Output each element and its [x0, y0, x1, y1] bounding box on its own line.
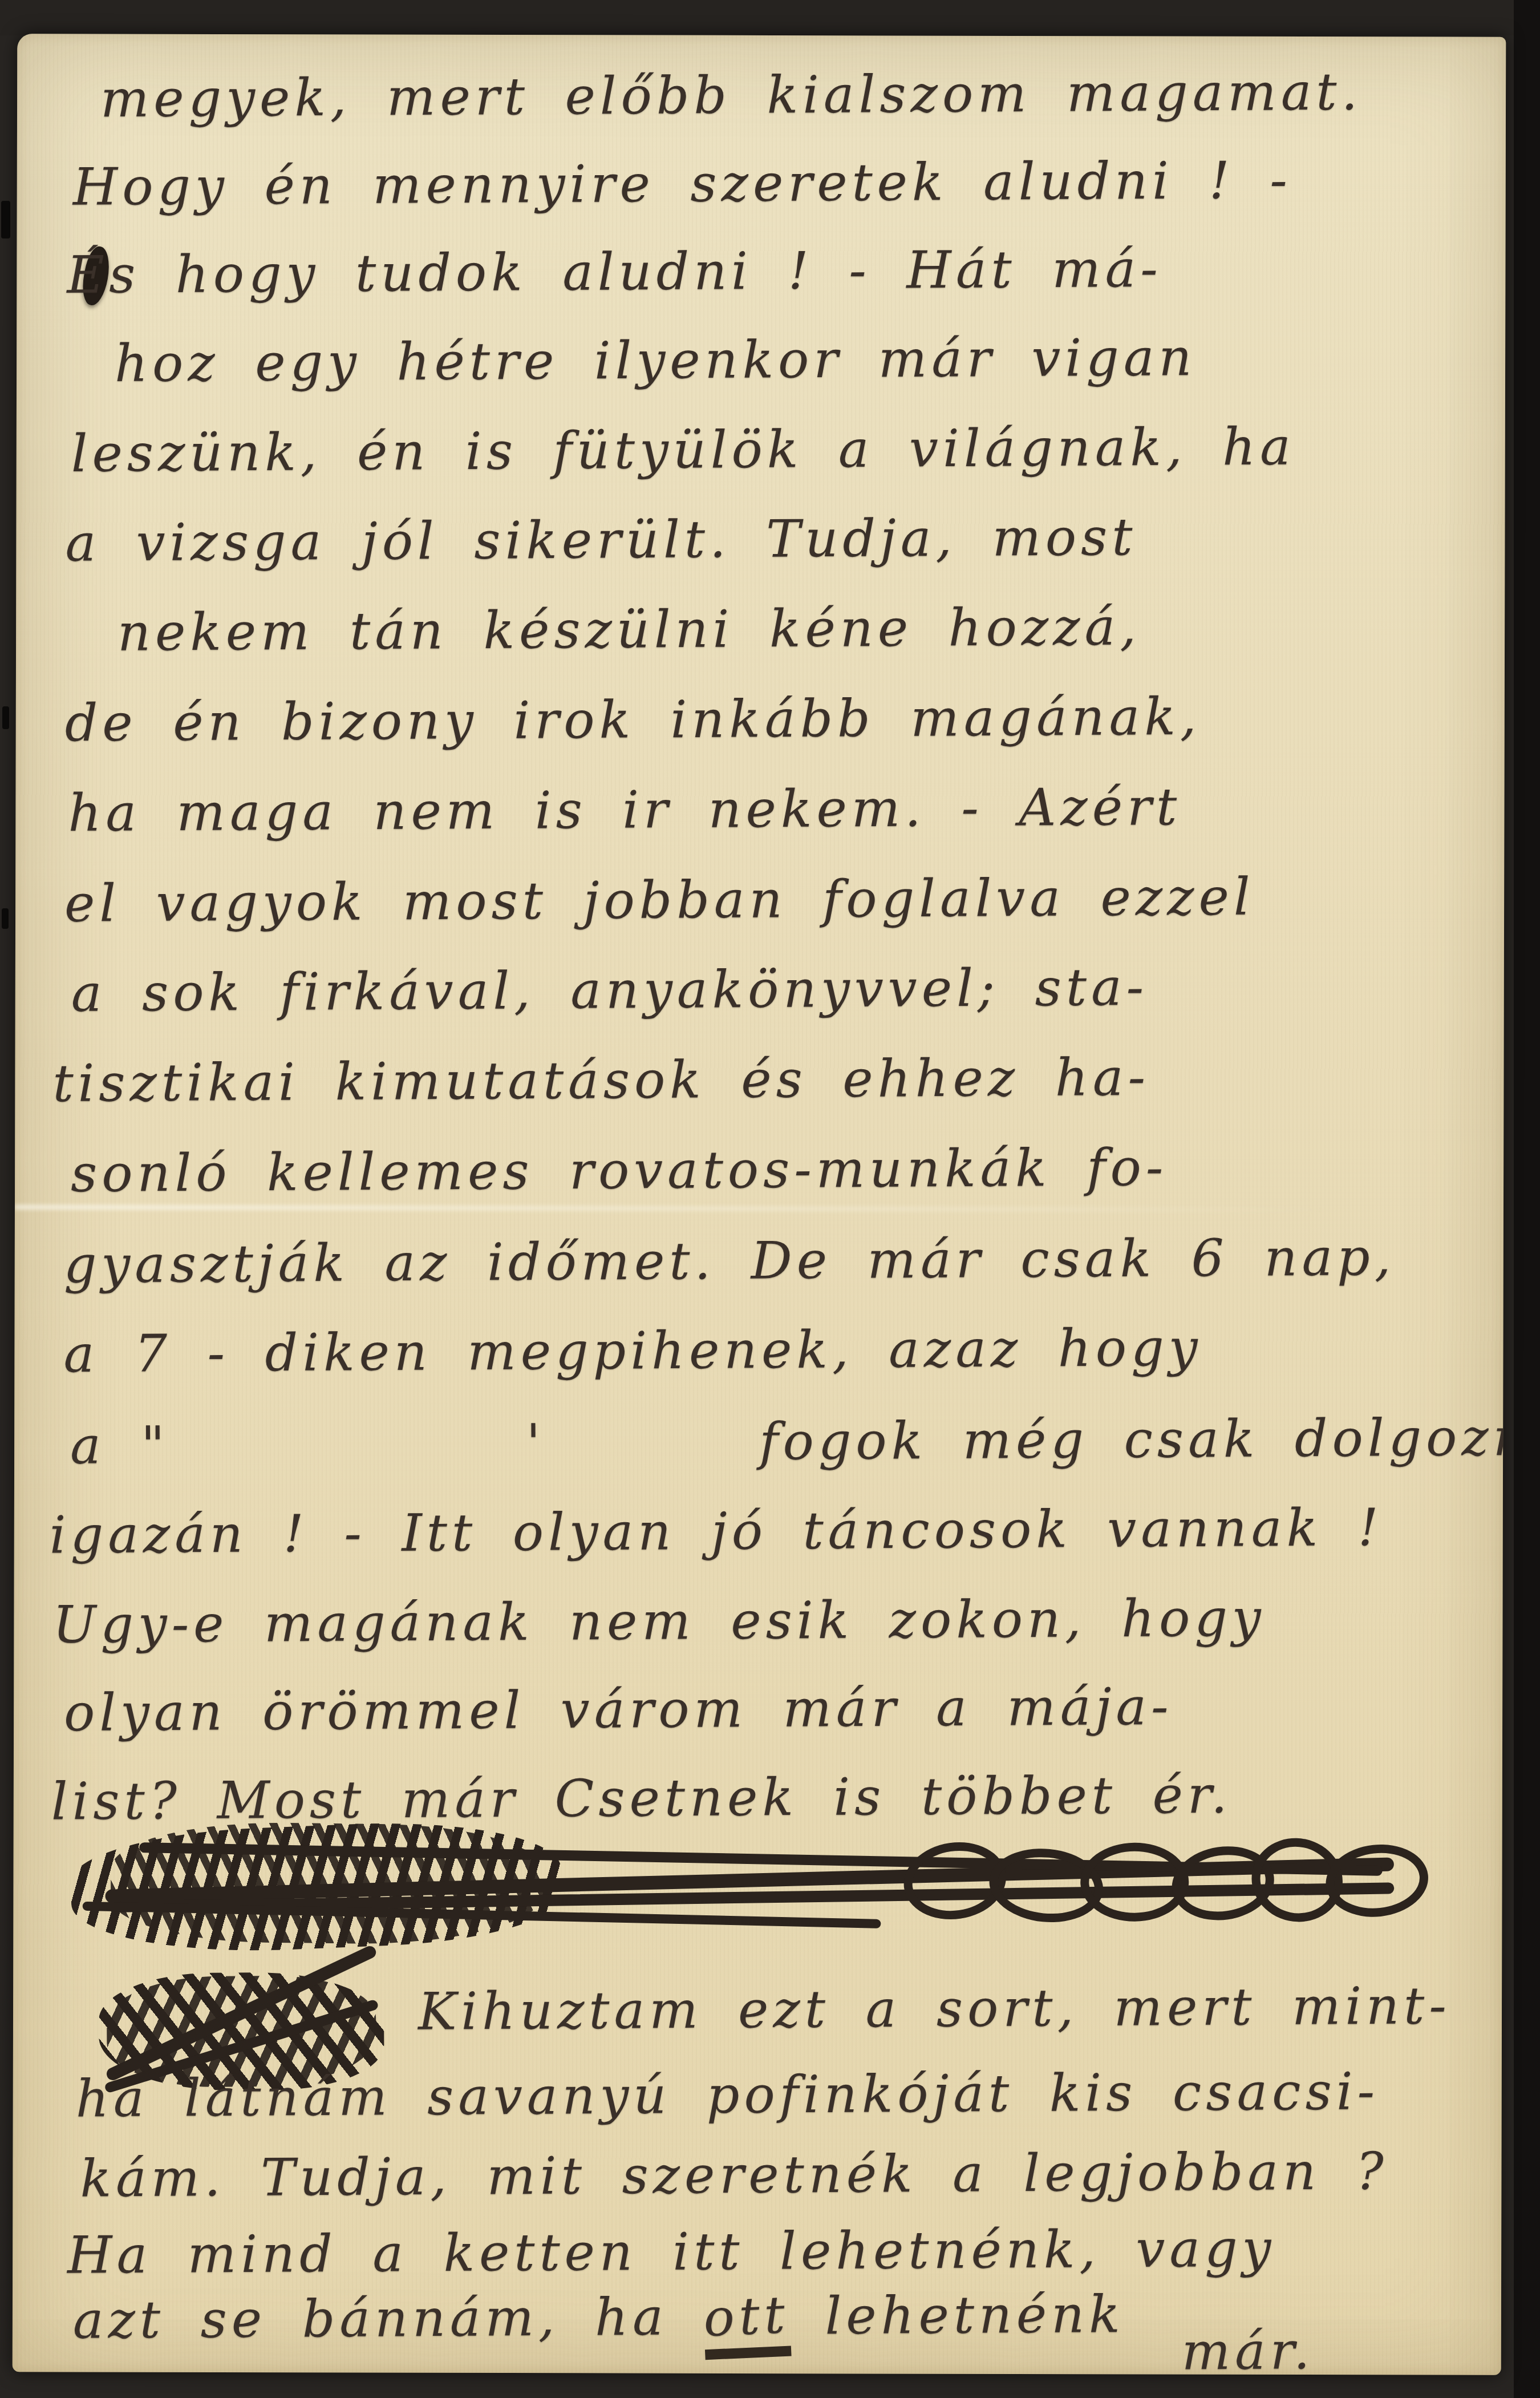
letter-line: a " ' fogok még csak dolgozni: [70, 1408, 1506, 1476]
line-text: Hogy én mennyire szeretek aludni ! -: [72, 151, 1291, 217]
line-text: És hogy tudok aludni ! - Hát má-: [67, 239, 1162, 305]
scribble-blot: [71, 1817, 1429, 1956]
paper-edge-mark: [1, 201, 10, 238]
letter-line: a sok firkával, anyakönyvvel; sta-: [71, 957, 1148, 1024]
letter-line: el vagyok most jobban foglalva ezzel: [64, 867, 1255, 934]
scanner-background-top: [0, 0, 1540, 35]
line-text: lehetnénk: [789, 2284, 1125, 2346]
line-text: a vizsga jól sikerült. Tudja, most: [65, 507, 1137, 573]
letter-line: igazán ! - Itt olyan jó táncosok vannak …: [50, 1498, 1384, 1565]
letter-line: hoz egy hétre ilyenkor már vigan: [115, 327, 1197, 394]
letter-line: sonló kellemes rovatos-munkák fo-: [71, 1138, 1168, 1204]
paper-edge-mark: [2, 908, 9, 929]
line-text: hoz egy hétre ilyenkor már vigan: [115, 327, 1197, 394]
line-text: igazán ! - Itt olyan jó táncosok vannak …: [50, 1498, 1384, 1565]
line-text: megyek, mert előbb kialszom magamat.: [100, 62, 1363, 130]
line-text: nekem tán készülni kéne hozzá,: [117, 597, 1141, 662]
paper-edge-mark: [2, 706, 9, 729]
letter-line: gyasztják az időmet. De már csak 6 nap,: [64, 1227, 1396, 1295]
scanner-background-right: [1514, 0, 1540, 2398]
letter-line: Ha mind a ketten itt lehetnénk, vagy: [67, 2219, 1276, 2286]
letter-line: már.: [1181, 2321, 1314, 2375]
line-text: Ugy-e magának nem esik zokon, hogy: [52, 1588, 1266, 1655]
line-text: olyan örömmel várom már a mája-: [64, 1677, 1173, 1743]
line-text: már.: [1181, 2321, 1314, 2375]
line-text: de én bizony irok inkább magának,: [64, 687, 1201, 753]
letter-line: kám. Tudja, mit szeretnék a legjobban ?: [80, 2141, 1388, 2209]
fold-crease: [15, 1204, 1503, 1212]
scribble-loop: [1322, 1839, 1432, 1922]
line-text: tisztikai kimutatások és ehhez ha-: [52, 1048, 1150, 1114]
line-text: el vagyok most jobban foglalva ezzel: [64, 867, 1255, 934]
line-text: a " ' fogok még csak dolgozni: [70, 1408, 1506, 1476]
letter-line: Kihuztam ezt a sort, mert mint-: [99, 1976, 1451, 2044]
letter-line: azt se bánnám, ha ott lehetnénk: [73, 2284, 1125, 2362]
letter-line: a 7 - diken megpihenek, azaz hogy: [63, 1318, 1202, 1384]
line-text: ha maga nem is ir nekem. - Azért: [68, 777, 1181, 843]
line-text: gyasztják az időmet. De már csak 6 nap,: [64, 1227, 1396, 1295]
line-text: kám. Tudja, mit szeretnék a legjobban ?: [80, 2141, 1388, 2209]
line-text: ott: [702, 2285, 791, 2360]
letter-line: leszünk, én is fütyülök a világnak, ha: [71, 417, 1295, 484]
line-text: a 7 - diken megpihenek, azaz hogy: [63, 1318, 1202, 1384]
line-text: Ha mind a ketten itt lehetnénk, vagy: [67, 2219, 1276, 2286]
line-text: ha látnám savanyú pofinkóját kis csacsi-: [75, 2061, 1379, 2129]
letter-line: Ugy-e magának nem esik zokon, hogy: [52, 1588, 1266, 1655]
line-text: a sok firkával, anyakönyvvel; sta-: [71, 957, 1148, 1024]
letter-line: És hogy tudok aludni ! - Hát má-: [67, 239, 1162, 305]
line-text: azt se bánnám, ha: [73, 2287, 704, 2350]
scanned-letter-page: { "document": { "kind": "handwritten let…: [0, 0, 1540, 2398]
letter-line: Hogy én mennyire szeretek aludni ! -: [72, 151, 1291, 217]
line-text: leszünk, én is fütyülök a világnak, ha: [71, 417, 1295, 484]
letter-line: megyek, mert előbb kialszom magamat.: [100, 62, 1363, 130]
line-text: sonló kellemes rovatos-munkák fo-: [71, 1138, 1168, 1204]
letter-line: ha maga nem is ir nekem. - Azért: [68, 777, 1181, 843]
letter-line: nekem tán készülni kéne hozzá,: [117, 597, 1141, 662]
letter-line: tisztikai kimutatások és ehhez ha-: [52, 1048, 1150, 1114]
letter-paper: megyek, mert előbb kialszom magamat.Hogy…: [13, 34, 1506, 2375]
letter-line: de én bizony irok inkább magának,: [64, 687, 1201, 753]
letter-line: a vizsga jól sikerült. Tudja, most: [65, 507, 1137, 573]
letter-line: olyan örömmel várom már a mája-: [64, 1677, 1173, 1743]
letter-line: ha látnám savanyú pofinkóját kis csacsi-: [75, 2061, 1379, 2129]
